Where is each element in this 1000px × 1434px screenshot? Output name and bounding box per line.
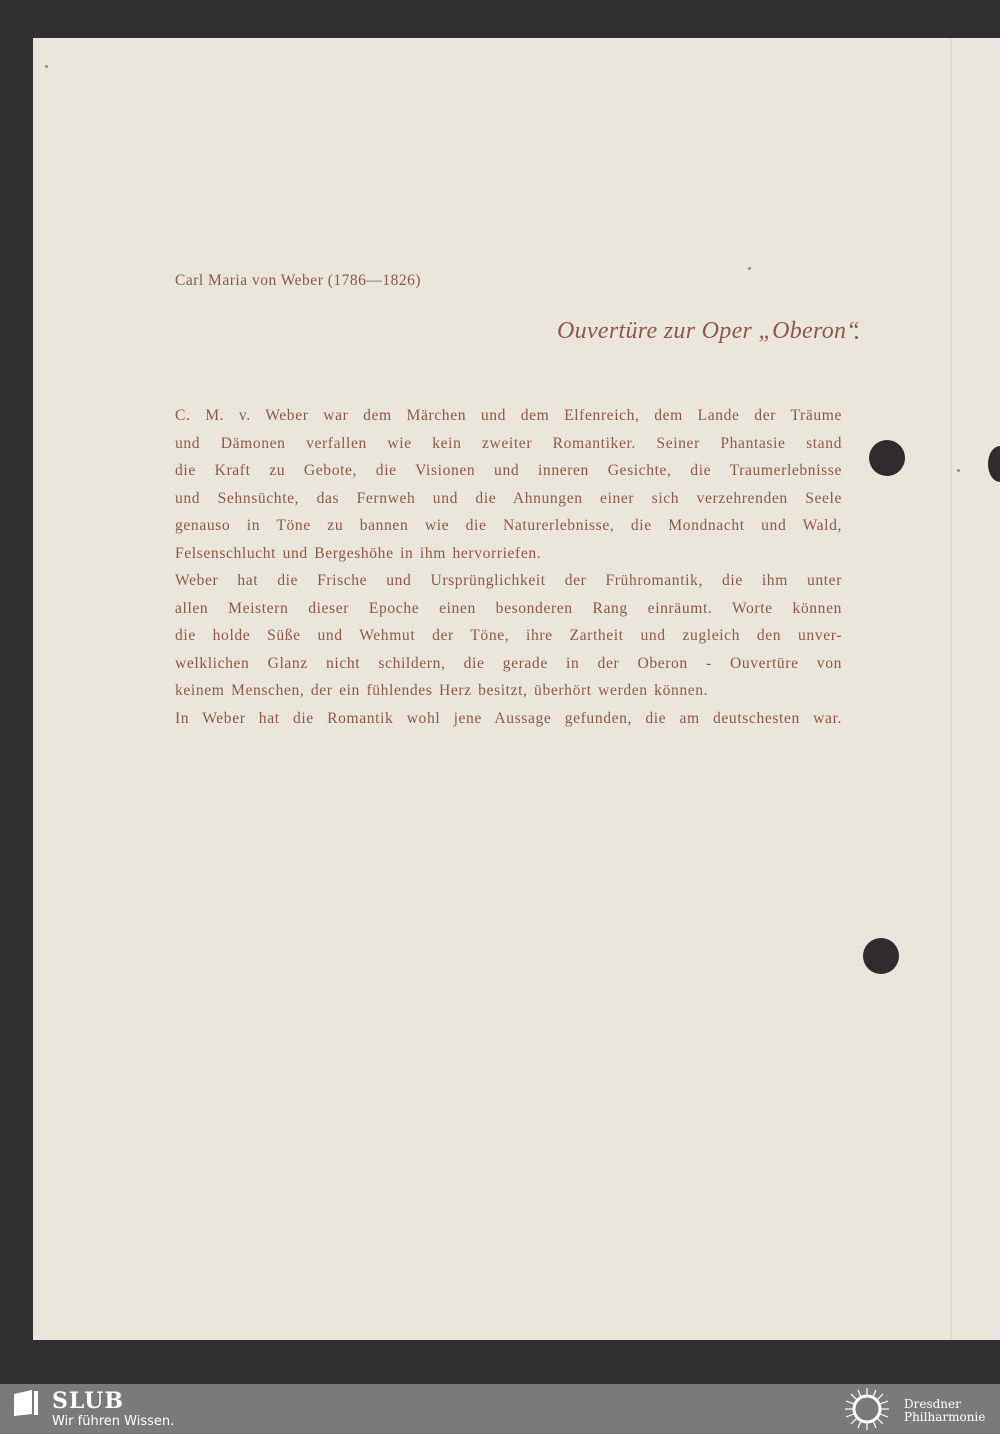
paragraph: Weber hat die Frische und Ursprünglichke… <box>175 567 842 705</box>
slub-logo-icon[interactable] <box>12 1388 40 1418</box>
viewer-footer: SLUB Wir führen Wissen. Dresdner Philhar… <box>0 1384 1000 1434</box>
text-line: die Kraft zu Gebote, die Visionen und in… <box>175 457 842 485</box>
text-line: keinem Menschen, der ein fühlendes Herz … <box>175 677 842 705</box>
punch-hole-icon <box>988 446 1000 482</box>
piece-title: Ouvertüre zur Oper „Oberon“ <box>557 318 860 345</box>
paper-speck <box>957 469 960 472</box>
text-line: und Sehnsüchte, das Fernweh und die Ahnu… <box>175 485 842 513</box>
composer-heading: Carl Maria von Weber (1786—1826) <box>175 272 421 290</box>
text-line: C. M. v. Weber war dem Märchen und dem E… <box>175 402 842 430</box>
program-note: C. M. v. Weber war dem Märchen und dem E… <box>175 402 842 732</box>
dresdner-philharmonie-logo-icon[interactable] <box>842 1386 892 1432</box>
text-line: und Dämonen verfallen wie kein zweiter R… <box>175 430 842 458</box>
brand-line-2: Philharmonie <box>904 1411 985 1424</box>
text-line: Weber hat die Frische und Ursprünglichke… <box>175 567 842 595</box>
dresdner-philharmonie-brand[interactable]: Dresdner Philharmonie <box>904 1398 985 1424</box>
paragraph: C. M. v. Weber war dem Märchen und dem E… <box>175 402 842 567</box>
text-line: welklichen Glanz nicht schildern, die ge… <box>175 650 842 678</box>
paper-speck <box>45 65 48 68</box>
text-line: die holde Süße und Wehmut der Töne, ihre… <box>175 622 842 650</box>
paragraph: In Weber hat die Romantik wohl jene Auss… <box>175 705 842 733</box>
slub-tagline: Wir führen Wissen. <box>52 1414 174 1429</box>
title-dot <box>855 336 858 339</box>
paper-speck <box>748 267 751 270</box>
punch-hole-icon <box>869 440 905 476</box>
text-line: In Weber hat die Romantik wohl jene Auss… <box>175 705 842 733</box>
text-line: genauso in Töne zu bannen wie die Nature… <box>175 512 842 540</box>
scanned-page: Carl Maria von Weber (1786—1826) Ouvertü… <box>33 38 1000 1340</box>
slub-brand[interactable]: SLUB <box>52 1388 124 1414</box>
punch-hole-icon <box>863 938 899 974</box>
text-line: allen Meistern dieser Epoche einen beson… <box>175 595 842 623</box>
page-fold-line <box>950 38 952 1340</box>
text-line: Felsenschlucht und Bergeshöhe in ihm her… <box>175 540 842 568</box>
